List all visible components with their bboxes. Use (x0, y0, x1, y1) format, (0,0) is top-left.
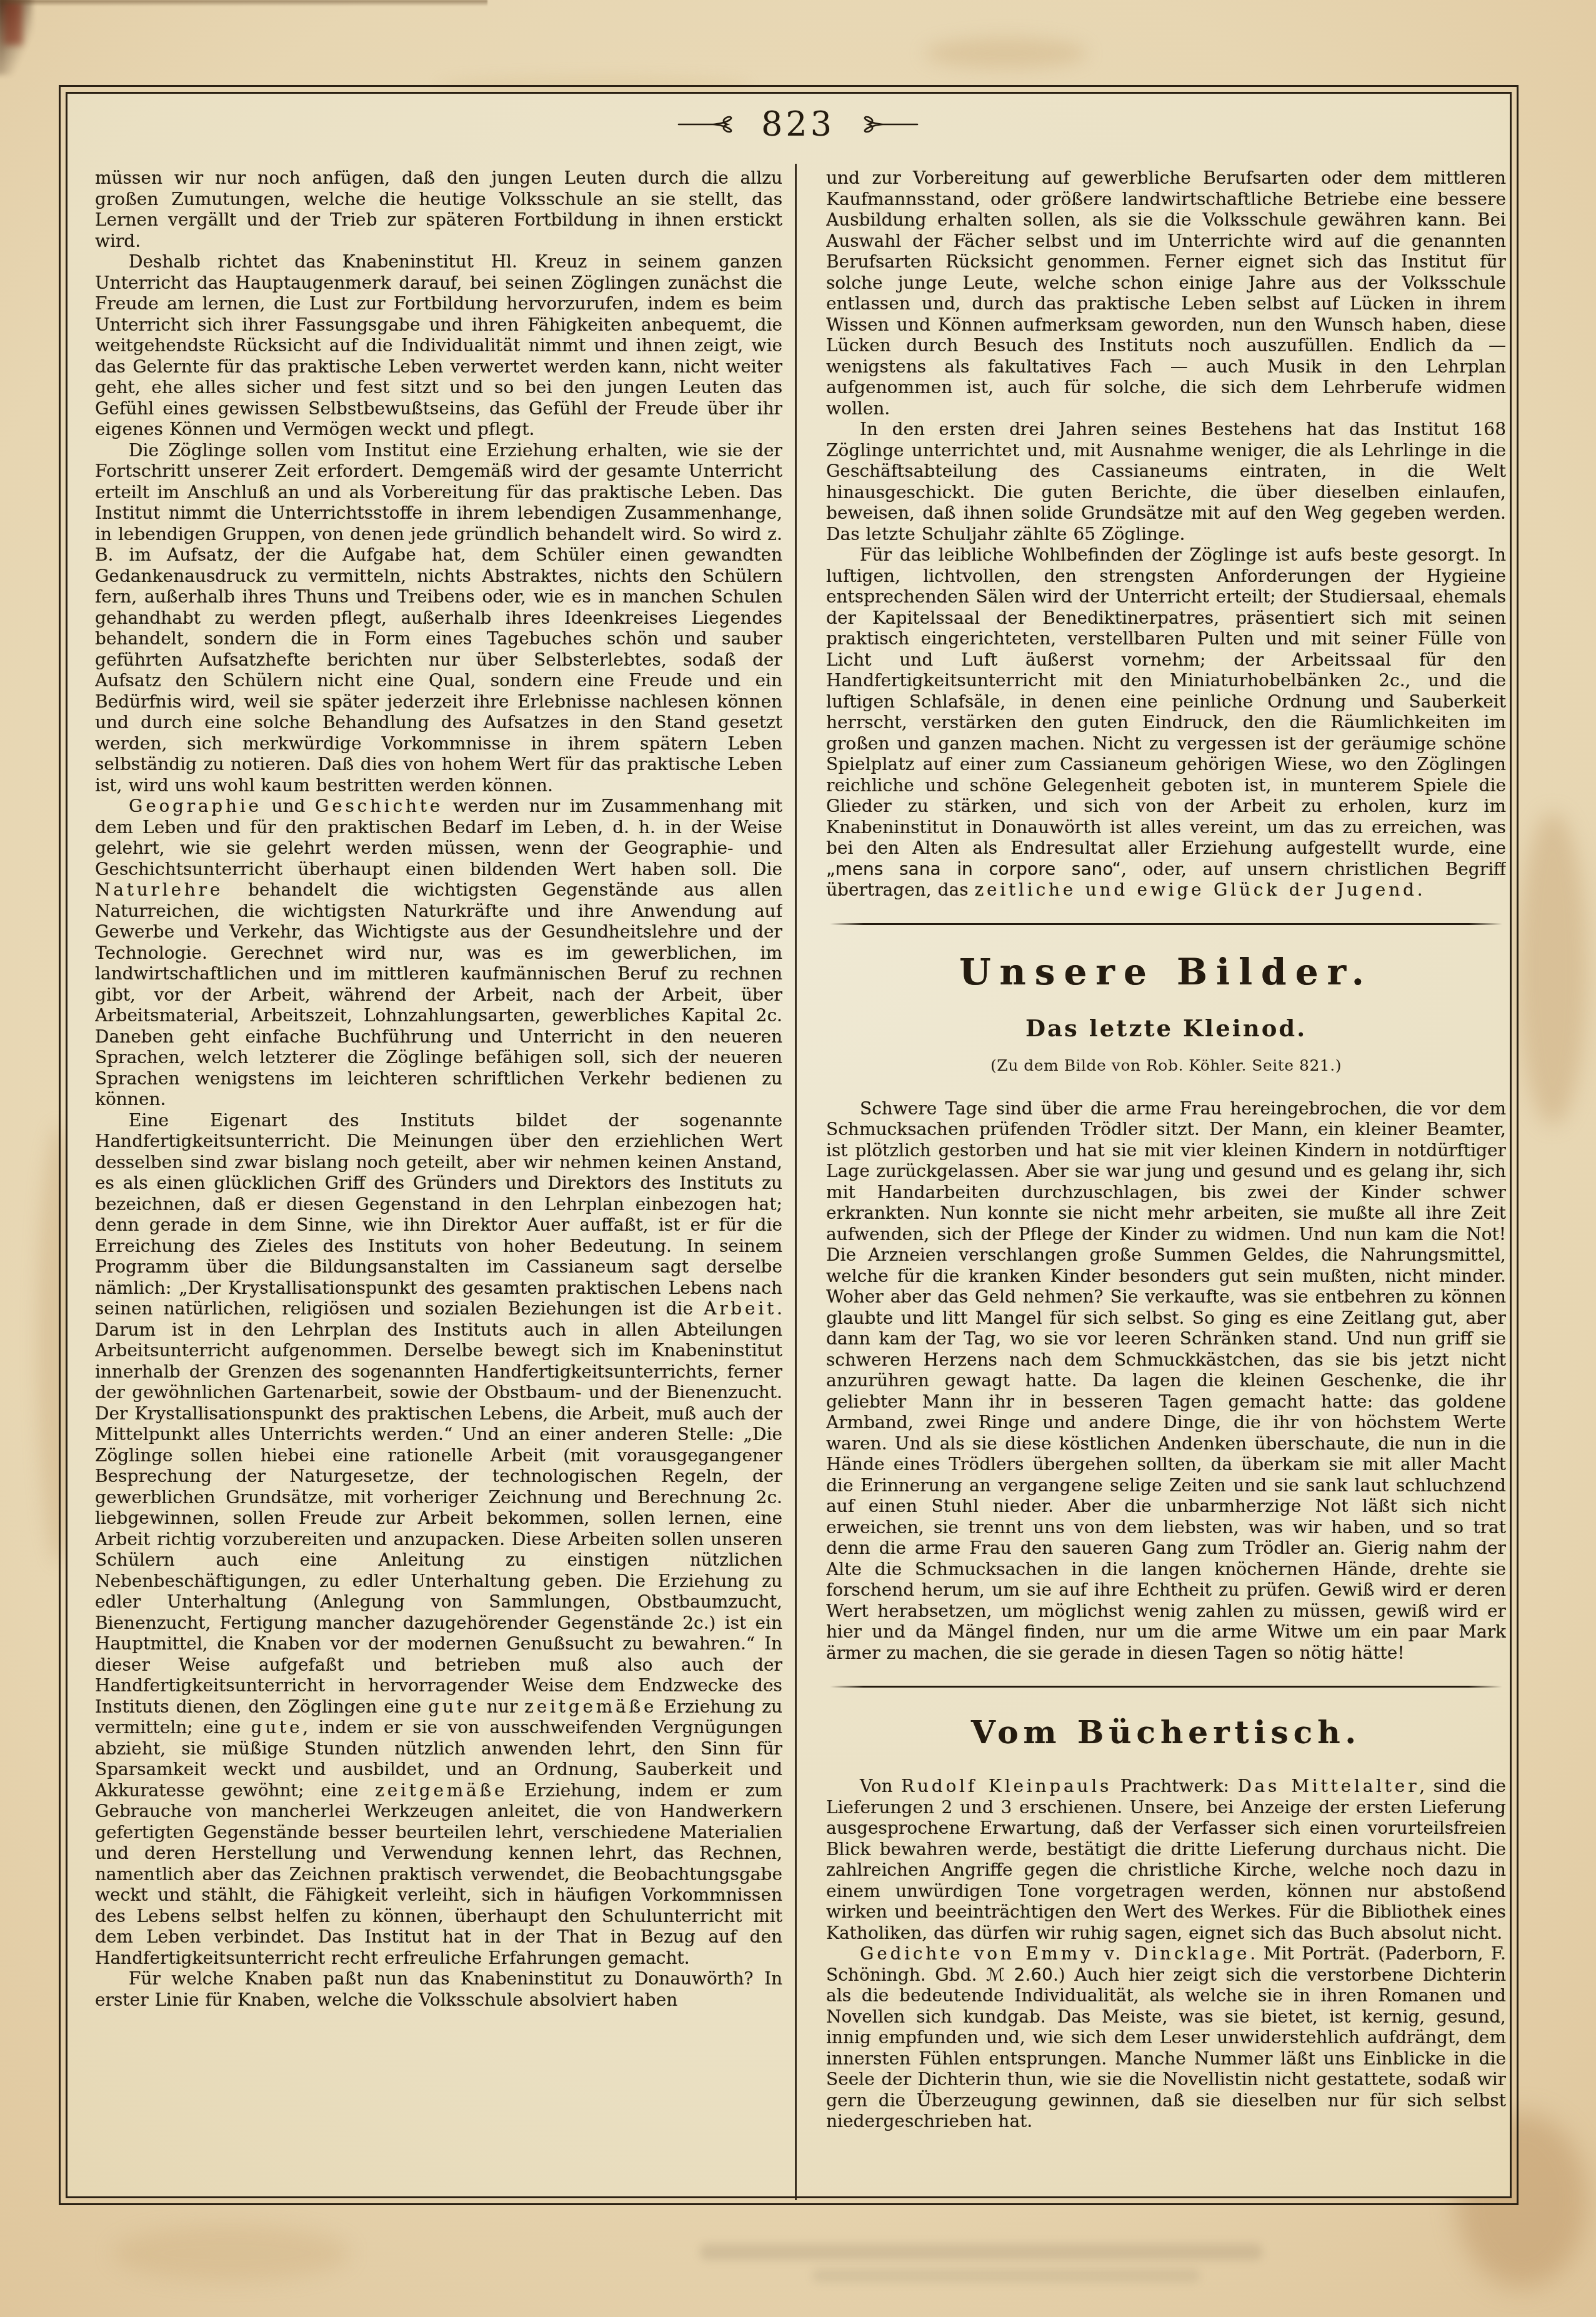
body-text: Prachtwerk: (1112, 1776, 1237, 1796)
emphasized-text: Das Mittelalter (1237, 1776, 1419, 1796)
section-rule (830, 923, 1502, 925)
unsere-bilder-body: Schwere Tage sind über die arme Frau her… (826, 1098, 1506, 1664)
paragraph: und zur Vorbereitung auf gewerbliche Ber… (826, 168, 1506, 419)
scanned-page: 823 müssen wir nur noch anfügen, daß den… (0, 0, 1596, 2317)
body-text: und zur Vorbereitung auf gewerbliche Ber… (826, 168, 1506, 419)
section-rule (830, 1686, 1502, 1688)
page-number: 823 (761, 108, 835, 141)
body-text: Deshalb richtet das Knabeninstitut Hl. K… (95, 251, 782, 439)
right-column: und zur Vorbereitung auf gewerbliche Ber… (826, 168, 1506, 2200)
article-title-kleinod: Das letzte Kleinod. (826, 1016, 1506, 1041)
body-text: , sind die Lieferungen 2 und 3 erschiene… (826, 1776, 1506, 1943)
emphasized-text: gute (428, 1696, 480, 1717)
scan-edge-mark (0, 0, 487, 6)
show-through-mark (700, 2244, 1262, 2260)
fleuron-right-icon (856, 116, 919, 133)
emphasized-text: zeitgemäße (524, 1696, 657, 1717)
body-text: .) Auch hier zeigt sich die verstorbene … (826, 1964, 1506, 2132)
left-column: müssen wir nur noch anfügen, daß den jun… (95, 168, 782, 2200)
section-title-unsere-bilder: Unsere Bilder. (826, 953, 1506, 993)
body-text: Die Zöglinge sollen vom Institut eine Er… (95, 440, 782, 796)
emphasized-text: Arbeit (704, 1298, 777, 1319)
column-divider (795, 164, 797, 2200)
emphasized-text: Geographie (129, 796, 262, 816)
right-column-top: und zur Vorbereitung auf gewerbliche Ber… (826, 168, 1506, 901)
paragraph: Für welche Knaben paßt nun das Knabenins… (95, 1968, 782, 2010)
body-text: und (262, 796, 315, 816)
body-text: Eine Eigenart des Instituts bildet der s… (95, 1110, 782, 1319)
fleuron-left-icon (677, 116, 740, 133)
antiqua-text: ℳ 2.60 (986, 1964, 1053, 1985)
body-text: . Darum ist in den Lehrplan des Institut… (95, 1298, 782, 1717)
body-text: müssen wir nur noch anfügen, daß den jun… (95, 168, 782, 251)
emphasized-text: Rudolf Kleinpauls (901, 1776, 1112, 1796)
body-text: behandelt die wichtigsten Gegenstände au… (95, 879, 782, 1109)
body-text: nur (480, 1696, 524, 1717)
paper-stain (1519, 813, 1587, 1125)
paper-stain (925, 38, 1087, 69)
page-header: 823 (0, 108, 1596, 141)
paper-stain (112, 2225, 350, 2281)
section-title-buechertisch: Vom Büchertisch. (826, 1715, 1506, 1749)
emphasized-text: Geschichte (315, 796, 443, 816)
paragraph: Eine Eigenart des Instituts bildet der s… (95, 1110, 782, 1969)
emphasized-text: zeitliche und ewige Glück der Jugend (974, 879, 1417, 900)
paragraph: Für das leibliche Wohlbefinden der Zögli… (826, 544, 1506, 901)
scan-edge-mark (4, 1, 22, 45)
emphasized-text: Naturlehre (95, 879, 223, 900)
paragraph: Geographie und Geschichte werden nur im … (95, 796, 782, 1110)
show-through-mark (812, 2269, 1200, 2283)
body-text: Von (860, 1776, 901, 1796)
emphasized-text: zeitgemäße (375, 1780, 507, 1801)
paragraph: müssen wir nur noch anfügen, daß den jun… (95, 168, 782, 251)
paragraph: In den ersten drei Jahren seines Bestehe… (826, 419, 1506, 544)
body-text: In den ersten drei Jahren seines Bestehe… (826, 419, 1506, 544)
body-text: Für das leibliche Wohlbefinden der Zögli… (826, 544, 1506, 858)
body-text: Erziehung, indem er zum Gebrauche von ma… (95, 1780, 782, 1968)
vom-buechertisch-body: Von Rudolf Kleinpauls Prachtwerk: Das Mi… (826, 1776, 1506, 2132)
body-text: Schwere Tage sind über die arme Frau her… (826, 1098, 1506, 1663)
emphasized-text: gute (251, 1717, 303, 1738)
paragraph: Die Zöglinge sollen vom Institut eine Er… (95, 440, 782, 796)
antiqua-text: „mens sana in corpore sano“ (826, 859, 1121, 879)
body-text: Für welche Knaben paßt nun das Knabenins… (95, 1968, 782, 2010)
paragraph: Von Rudolf Kleinpauls Prachtwerk: Das Mi… (826, 1776, 1506, 1943)
article-caption: (Zu dem Bilde von Rob. Köhler. Seite 821… (826, 1056, 1506, 1074)
scan-edge-mark (0, 0, 32, 75)
paragraph: Schwere Tage sind über die arme Frau her… (826, 1098, 1506, 1664)
paragraph: Deshalb richtet das Knabeninstitut Hl. K… (95, 251, 782, 440)
emphasized-text: Gedichte von Emmy v. Dincklage (860, 1943, 1250, 1964)
body-text: . (1417, 879, 1423, 900)
paragraph: Gedichte von Emmy v. Dincklage. Mit Port… (826, 1943, 1506, 2132)
